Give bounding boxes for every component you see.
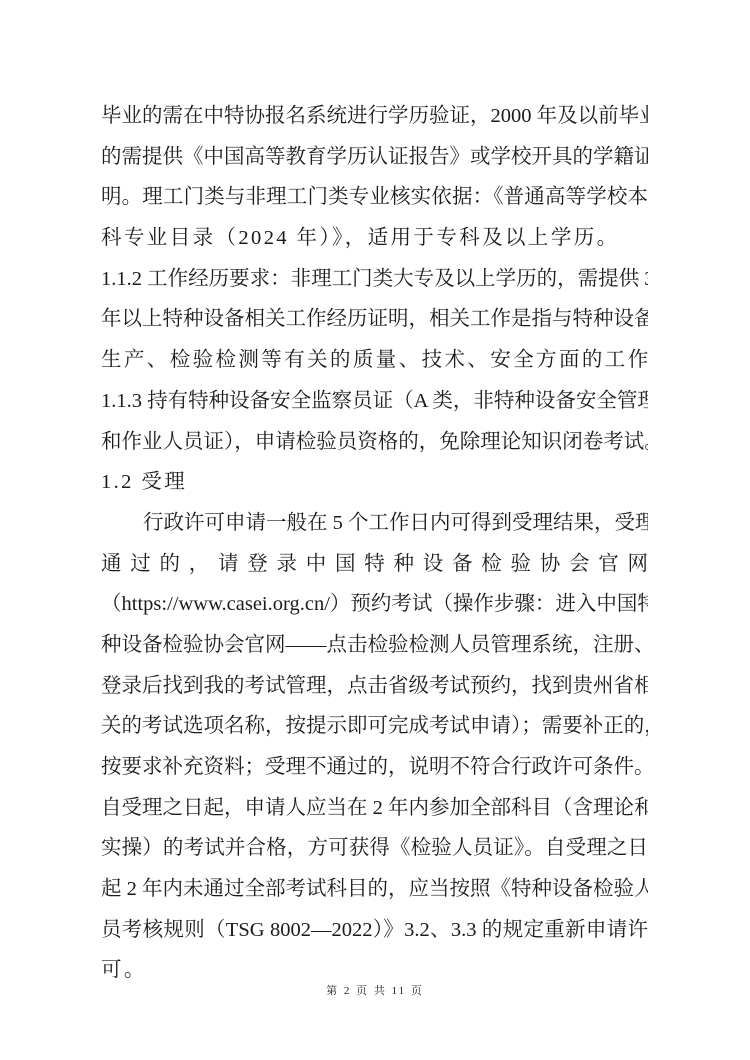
body-text: 毕业的需在中特协报名系统进行学历验证，2000 年及以前毕业 的需提供《中国高等…: [101, 96, 648, 991]
page-footer: 第 2 页 共 11 页: [0, 982, 750, 998]
text-line: 和作业人员证），申请检验员资格的，免除理论知识闭卷考试。: [101, 422, 648, 463]
section-heading-1-1-2: 1.1.2 工作经历要求：非理工门类大专及以上学历的，需提供 3: [101, 259, 648, 300]
text-line: 关的考试选项名称，按提示即可完成考试申请）；需要补正的，: [101, 706, 648, 747]
text-line: 登录后找到我的考试管理，点击省级考试预约，找到贵州省相: [101, 666, 648, 707]
text-line: 毕业的需在中特协报名系统进行学历验证，2000 年及以前毕业: [101, 96, 648, 137]
text-line: 生产、检验检测等有关的质量、技术、安全方面的工作。: [101, 340, 648, 381]
text-line: 通 过 的 ， 请 登 录 中 国 特 种 设 备 检 验 协 会 官 网: [101, 544, 648, 585]
text-line: 员考核规则（TSG 8002—2022）》3.2、3.3 的规定重新申请许: [101, 910, 648, 951]
document-page: 毕业的需在中特协报名系统进行学历验证，2000 年及以前毕业 的需提供《中国高等…: [0, 0, 750, 1060]
paragraph-start-line: 行政许可申请一般在 5 个工作日内可得到受理结果，受理: [101, 503, 648, 544]
url-line: （https://www.casei.org.cn/）预约考试（操作步骤：进入中…: [101, 584, 648, 625]
text-line: 起 2 年内未通过全部考试科目的，应当按照《特种设备检验人: [101, 869, 648, 910]
text-line: 按要求补充资料；受理不通过的，说明不符合行政许可条件。: [101, 747, 648, 788]
section-heading-1-1-3: 1.1.3 持有特种设备安全监察员证（A 类，非特种设备安全管理: [101, 381, 648, 422]
text-line: 自受理之日起，申请人应当在 2 年内参加全部科目（含理论和: [101, 788, 648, 829]
text-line: 实操）的考试并合格，方可获得《检验人员证》。自受理之日: [101, 828, 648, 869]
text-line: 的需提供《中国高等教育学历认证报告》或学校开具的学籍证: [101, 137, 648, 178]
text-line: 科专业目录（2024 年）》，适用于专科及以上学历。: [101, 218, 648, 259]
text-line: 年以上特种设备相关工作经历证明，相关工作是指与特种设备: [101, 299, 648, 340]
section-heading-1-2: 1.2 受理: [101, 462, 648, 503]
text-line: 明。理工门类与非理工门类专业核实依据：《普通高等学校本: [101, 177, 648, 218]
text-line: 种设备检验协会官网——点击检验检测人员管理系统，注册、: [101, 625, 648, 666]
